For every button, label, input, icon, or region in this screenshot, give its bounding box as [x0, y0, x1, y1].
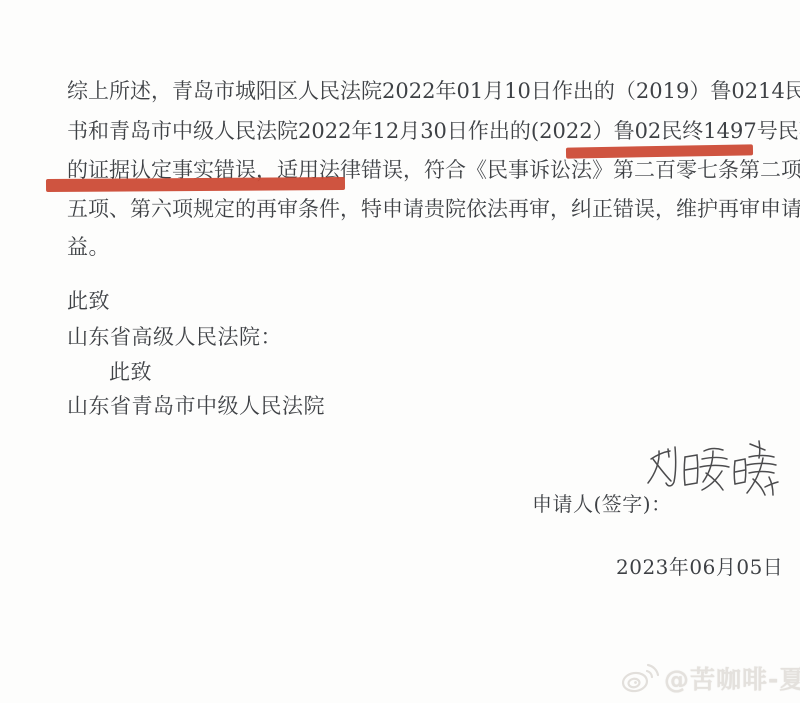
paragraph-line-2: 书和青岛市中级人民法院2022年12月30日作出的(2022）鲁02民终1497… [67, 119, 792, 143]
salutation-cizhi-1: 此致 [67, 289, 110, 313]
paragraph-line-5: 益。 [67, 235, 110, 259]
handwritten-signature-liu-nuanxi [644, 436, 782, 500]
addressee-court-intermediate: 山东省青岛市中级人民法院 [67, 394, 325, 418]
red-underline-annotation-1 [566, 144, 753, 158]
weibo-watermark: @苦咖啡-夏蓮 [620, 660, 800, 696]
addressee-court-high: 山东省高级人民法院： [67, 325, 282, 349]
weibo-eye-icon [620, 662, 660, 694]
scanned-legal-document: 综上所述，青岛市城阳区人民法院2022年01月10日作出的（2019）鲁0214… [0, 0, 800, 703]
paragraph-line-1: 综上所述，青岛市城阳区人民法院2022年01月10日作出的（2019）鲁0214… [67, 79, 792, 103]
paragraph-line-4: 五项、第六项规定的再审条件，特申请贵院依法再审，纠正错误，维护再审申请人的合法权 [67, 197, 792, 221]
document-date: 2023年06月05日 [616, 555, 783, 579]
watermark-username: @苦咖啡-夏蓮 [664, 660, 800, 696]
salutation-cizhi-2: 此致 [109, 360, 152, 384]
red-underline-annotation-2 [46, 177, 345, 192]
